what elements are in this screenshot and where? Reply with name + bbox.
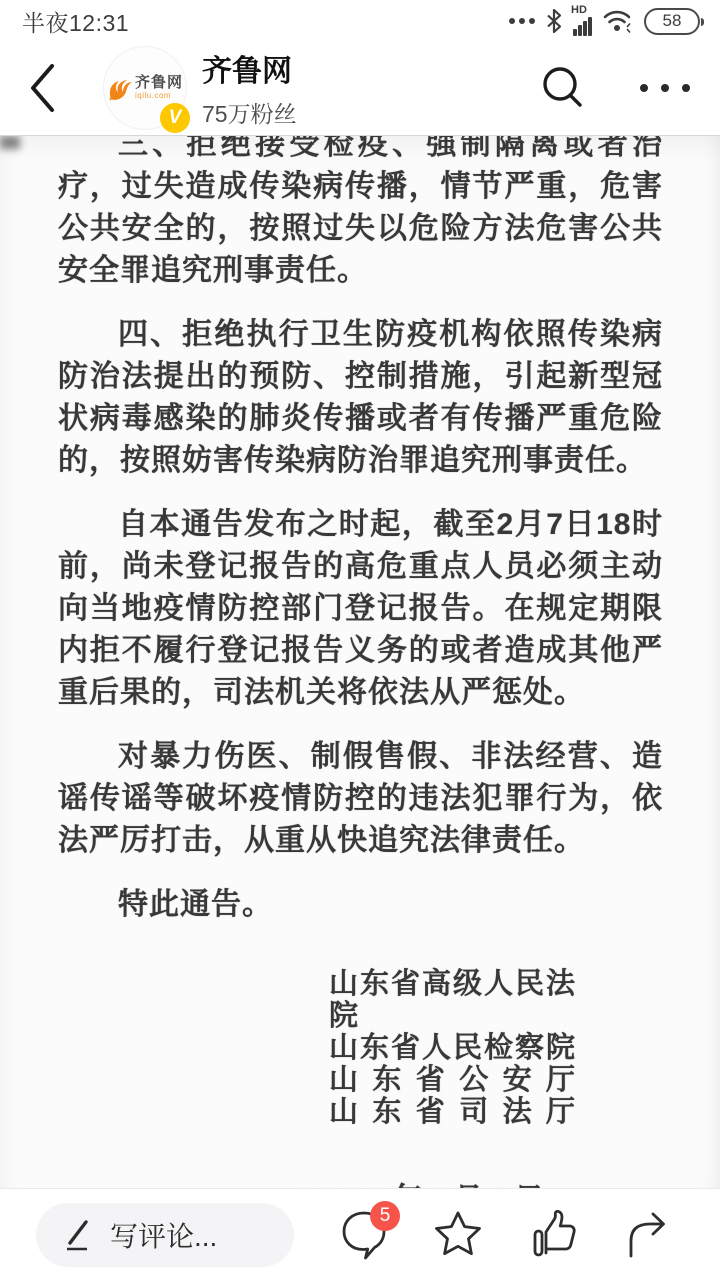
battery-icon: 58	[644, 8, 700, 35]
back-button[interactable]	[28, 58, 64, 118]
more-button[interactable]	[640, 84, 690, 92]
scan-edge-artifact	[0, 136, 20, 149]
notice-text: 三、拒绝接受检疫、强制隔离或者治疗，过失造成传染病传播，情节严重，危害公共安全的…	[0, 135, 720, 1188]
channel-logo: 齐鲁网 iqilu.com	[107, 73, 183, 103]
channel-title-block[interactable]: 齐鲁网 75万粉丝	[202, 46, 297, 129]
share-button[interactable]	[620, 1209, 672, 1261]
app-screen: 半夜12:31 HD 58	[0, 0, 720, 1280]
notice-date: 2020年2月6日	[58, 1174, 663, 1188]
signature-high-court: 山东省高级人民法院	[329, 968, 575, 1032]
comments-button[interactable]: 5	[338, 1209, 390, 1261]
signature-justice-dept: 山东省司法厅	[329, 1096, 575, 1128]
more-dots-icon	[640, 84, 648, 92]
favorite-button[interactable]	[432, 1209, 484, 1261]
channel-name: 齐鲁网	[202, 46, 297, 90]
notice-closing: 特此通告。	[58, 884, 663, 926]
verified-badge: V	[160, 103, 190, 133]
comment-placeholder: 写评论...	[110, 1215, 217, 1255]
star-icon	[432, 1210, 484, 1260]
status-time: 半夜12:31	[22, 5, 129, 38]
battery-percent: 58	[663, 11, 682, 31]
status-icons: HD 58	[509, 7, 700, 36]
notice-paragraph-deadline: 自本通告发布之时起，截至2月7日18时前，尚未登记报告的高危重点人员必须主动向当…	[58, 504, 663, 714]
notice-paragraph-3: 三、拒绝接受检疫、强制隔离或者治疗，过失造成传染病传播，情节严重，危害公共安全的…	[58, 135, 663, 292]
article-document[interactable]: 三、拒绝接受检疫、强制隔离或者治疗，过失造成传染病传播，情节严重，危害公共安全的…	[0, 135, 720, 1188]
signature-public-security: 山东省公安厅	[329, 1064, 575, 1096]
pencil-icon	[64, 1219, 92, 1251]
bluetooth-icon	[545, 8, 563, 34]
search-icon	[538, 63, 588, 113]
signature-block: 山东省高级人民法院 山东省人民检察院 山东省公安厅 山东省司法厅	[58, 968, 663, 1128]
like-button[interactable]	[526, 1209, 578, 1261]
wifi-icon	[602, 8, 634, 34]
status-bar: 半夜12:31 HD 58	[0, 0, 720, 40]
signal-icon: HD	[573, 7, 592, 36]
chevron-left-icon	[28, 62, 58, 114]
followers-count: 75万粉丝	[202, 96, 297, 129]
notification-dots-icon	[509, 18, 535, 24]
notice-paragraph-crackdown: 对暴力伤医、制假售假、非法经营、造谣传谣等破坏疫情防控的违法犯罪行为，依法严厉打…	[58, 736, 663, 862]
phoenix-logo-icon	[107, 73, 133, 103]
comment-input[interactable]: 写评论...	[36, 1203, 294, 1267]
channel-header: 齐鲁网 iqilu.com V 齐鲁网 75万粉丝	[0, 40, 720, 135]
comment-count-badge: 5	[370, 1201, 400, 1231]
action-buttons: 5	[294, 1209, 686, 1261]
channel-avatar[interactable]: 齐鲁网 iqilu.com V	[104, 47, 186, 129]
logo-name: 齐鲁网	[135, 75, 183, 90]
share-arrow-icon	[620, 1209, 672, 1261]
thumbs-up-icon	[526, 1209, 578, 1261]
signature-procuratorate: 山东省人民检察院	[329, 1032, 575, 1064]
bottom-action-bar: 写评论... 5	[0, 1188, 720, 1280]
search-button[interactable]	[538, 63, 588, 113]
logo-domain: iqilu.com	[135, 92, 183, 100]
notice-paragraph-4: 四、拒绝执行卫生防疫机构依照传染病防治法提出的预防、控制措施，引起新型冠状病毒感…	[58, 314, 663, 482]
